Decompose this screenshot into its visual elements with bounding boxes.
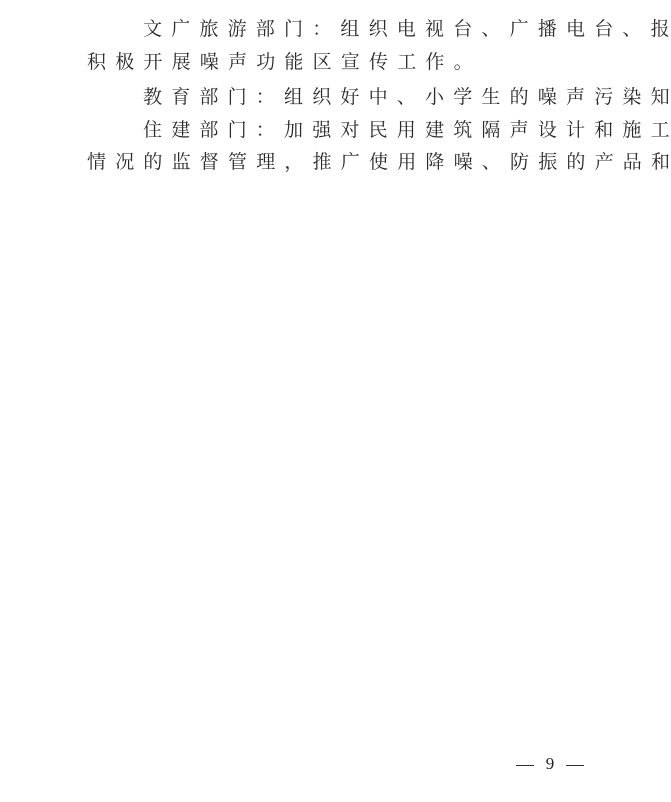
paragraph-culture-tourism-line-2: 积极开展噪声功能区宣传工作。 [87, 50, 599, 74]
document-page: 文广旅游部门：组织电视台、广播电台、报社、网络等媒体 积极开展噪声功能区宣传工作… [0, 0, 671, 802]
page-footer: 9 [510, 754, 590, 774]
paragraph-housing-construction-line-1: 住建部门：加强对民用建筑隔声设计和施工强制性标准执行 [87, 118, 655, 142]
paragraph-housing-construction-line-2: 情况的监督管理，推广使用降噪、防振的产品和材料。 [87, 150, 599, 174]
footer-dash-right [566, 765, 584, 766]
paragraph-culture-tourism-line-1: 文广旅游部门：组织电视台、广播电台、报社、网络等媒体 [87, 17, 655, 41]
page-number: 9 [546, 754, 555, 774]
footer-dash-left [516, 765, 534, 766]
paragraph-education-line-1: 教育部门：组织好中、小学生的噪声污染知识普及工作。 [87, 85, 655, 109]
